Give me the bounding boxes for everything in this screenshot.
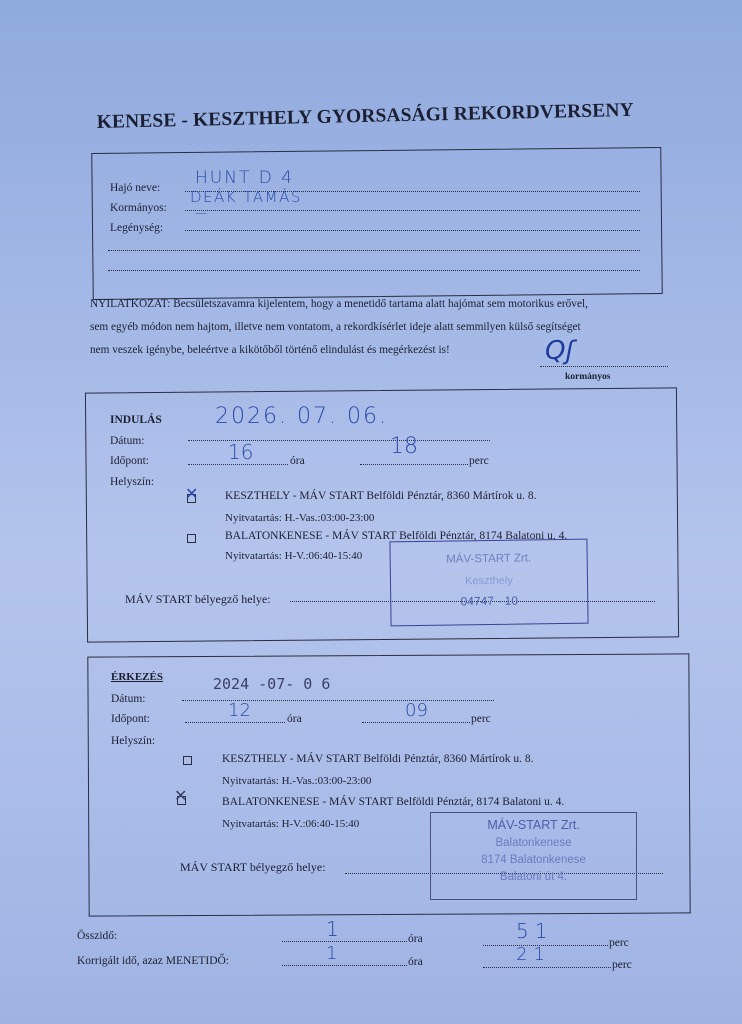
arrival-minute-line bbox=[362, 722, 470, 723]
arrival-stamp-line-1: MÁV-START Zrt. bbox=[431, 818, 636, 832]
corrected-minutes-value[interactable]: 21 bbox=[516, 944, 551, 965]
departure-minute-unit: perc bbox=[469, 455, 489, 467]
departure-minute-line bbox=[360, 464, 468, 465]
arrival-stamp: MÁV-START Zrt. Balatonkenese 8174 Balato… bbox=[430, 812, 637, 900]
declaration-line-3: nem veszek igénybe, beleértve a kikötőbő… bbox=[90, 344, 450, 356]
arrival-time-label: Időpont: bbox=[111, 713, 150, 725]
check-mark-icon: ✕ bbox=[185, 484, 198, 503]
arrival-date-value[interactable]: 2024 -07- 0 6 bbox=[213, 675, 330, 693]
arrival-option-1-checkbox[interactable] bbox=[183, 756, 192, 765]
arrival-stamp-line-4: Balatoni út 4. bbox=[431, 871, 636, 883]
declaration-line-1: NYILATKOZAT: Becsületszavamra kijelentem… bbox=[90, 298, 588, 310]
arrival-option-1-text: KESZTHELY - MÁV START Belföldi Pénztár, … bbox=[222, 753, 534, 765]
arrival-stamp-line-2: Balatonkenese bbox=[431, 837, 636, 849]
departure-hour-line bbox=[188, 464, 288, 465]
corrected-minutes-unit: perc bbox=[612, 959, 632, 971]
departure-date-label: Dátum: bbox=[110, 435, 145, 447]
departure-time-label: Időpont: bbox=[110, 455, 149, 467]
signature[interactable]: Qʃ bbox=[545, 336, 574, 366]
arrival-minute-value[interactable]: 09 bbox=[405, 700, 428, 721]
declaration-line-2: sem egyéb módon nem hajtom, illetve nem … bbox=[90, 321, 581, 333]
crew-value[interactable]: — bbox=[195, 206, 207, 220]
boat-name-label: Hajó neve: bbox=[110, 182, 160, 194]
arrival-hour-unit: óra bbox=[287, 713, 302, 725]
arrival-stamp-label: MÁV START bélyegző helye: bbox=[180, 860, 326, 875]
arrival-hour-value[interactable]: 12 bbox=[228, 700, 251, 721]
total-hours-unit: óra bbox=[408, 933, 423, 945]
crew-label: Legénység: bbox=[110, 222, 163, 234]
departure-option-2-hours: Nyitvatartás: H-V.:06:40-15:40 bbox=[225, 550, 362, 562]
crew-extra-line-1 bbox=[108, 250, 640, 251]
arrival-option-1-hours: Nyitvatartás: H.-Vas.:03:00-23:00 bbox=[222, 775, 371, 787]
helmsman-line bbox=[185, 210, 640, 211]
arrival-hour-line bbox=[185, 722, 285, 723]
signature-caption: kormányos bbox=[565, 372, 610, 382]
arrival-minute-unit: perc bbox=[471, 713, 491, 725]
departure-stamp-label: MÁV START bélyegző helye: bbox=[125, 592, 271, 607]
helmsman-value[interactable]: DEÁK TAMÁS bbox=[190, 188, 302, 206]
arrival-location-label: Helyszín: bbox=[111, 735, 155, 747]
departure-date-value[interactable]: 2026. 07. 06. bbox=[215, 404, 388, 429]
departure-stamp: MÁV-START Zrt. Keszthely 04747 - 10 bbox=[389, 539, 588, 627]
total-hours-value[interactable]: 1 bbox=[326, 917, 339, 941]
departure-minute-value[interactable]: 18 bbox=[390, 434, 418, 459]
departure-location-label: Helyszín: bbox=[110, 476, 154, 488]
arrival-option-2-hours: Nyitvatartás: H-V.:06:40-15:40 bbox=[222, 818, 359, 830]
arrival-date-label: Dátum: bbox=[111, 693, 146, 705]
corrected-time-label: Korrigált idő, azaz MENETIDŐ: bbox=[77, 955, 229, 967]
check-mark-icon: ✕ bbox=[174, 786, 187, 805]
arrival-heading: ÉRKEZÉS bbox=[111, 671, 163, 683]
corrected-hours-value[interactable]: 1 bbox=[326, 943, 337, 964]
corrected-hours-unit: óra bbox=[408, 956, 423, 968]
departure-hour-value[interactable]: 16 bbox=[228, 440, 253, 464]
crew-line bbox=[185, 230, 640, 231]
total-time-label: Összidő: bbox=[77, 930, 117, 942]
signature-line bbox=[540, 366, 668, 367]
total-minutes-value[interactable]: 51 bbox=[516, 919, 553, 943]
departure-stamp-line-2: Keszthely bbox=[391, 574, 587, 589]
arrival-option-2-text: BALATONKENESE - MÁV START Belföldi Pénzt… bbox=[222, 796, 564, 808]
departure-stamp-line-1: MÁV-START Zrt. bbox=[391, 552, 587, 567]
total-hours-line bbox=[282, 941, 407, 942]
departure-option-2-checkbox[interactable] bbox=[187, 534, 196, 543]
departure-heading: INDULÁS bbox=[110, 414, 162, 426]
boat-name-value[interactable]: HUNT D 4 bbox=[195, 168, 294, 188]
departure-stamp-line-3: 04747 - 10 bbox=[391, 593, 587, 610]
total-minutes-unit: perc bbox=[609, 937, 629, 949]
departure-hour-unit: óra bbox=[290, 455, 305, 467]
corrected-minutes-line bbox=[483, 967, 611, 968]
helmsman-label: Kormányos: bbox=[110, 202, 167, 214]
arrival-stamp-line-3: 8174 Balatonkenese bbox=[431, 854, 636, 866]
form-title: KENESE - KESZTHELY GYORSASÁGI REKORDVERS… bbox=[97, 99, 667, 134]
departure-option-1-text: KESZTHELY - MÁV START Belföldi Pénztár, … bbox=[225, 490, 537, 502]
crew-box bbox=[91, 147, 663, 300]
corrected-hours-line bbox=[282, 965, 407, 966]
crew-extra-line-2 bbox=[108, 270, 640, 271]
departure-option-1-hours: Nyitvatartás: H.-Vas.:03:00-23:00 bbox=[225, 512, 374, 524]
